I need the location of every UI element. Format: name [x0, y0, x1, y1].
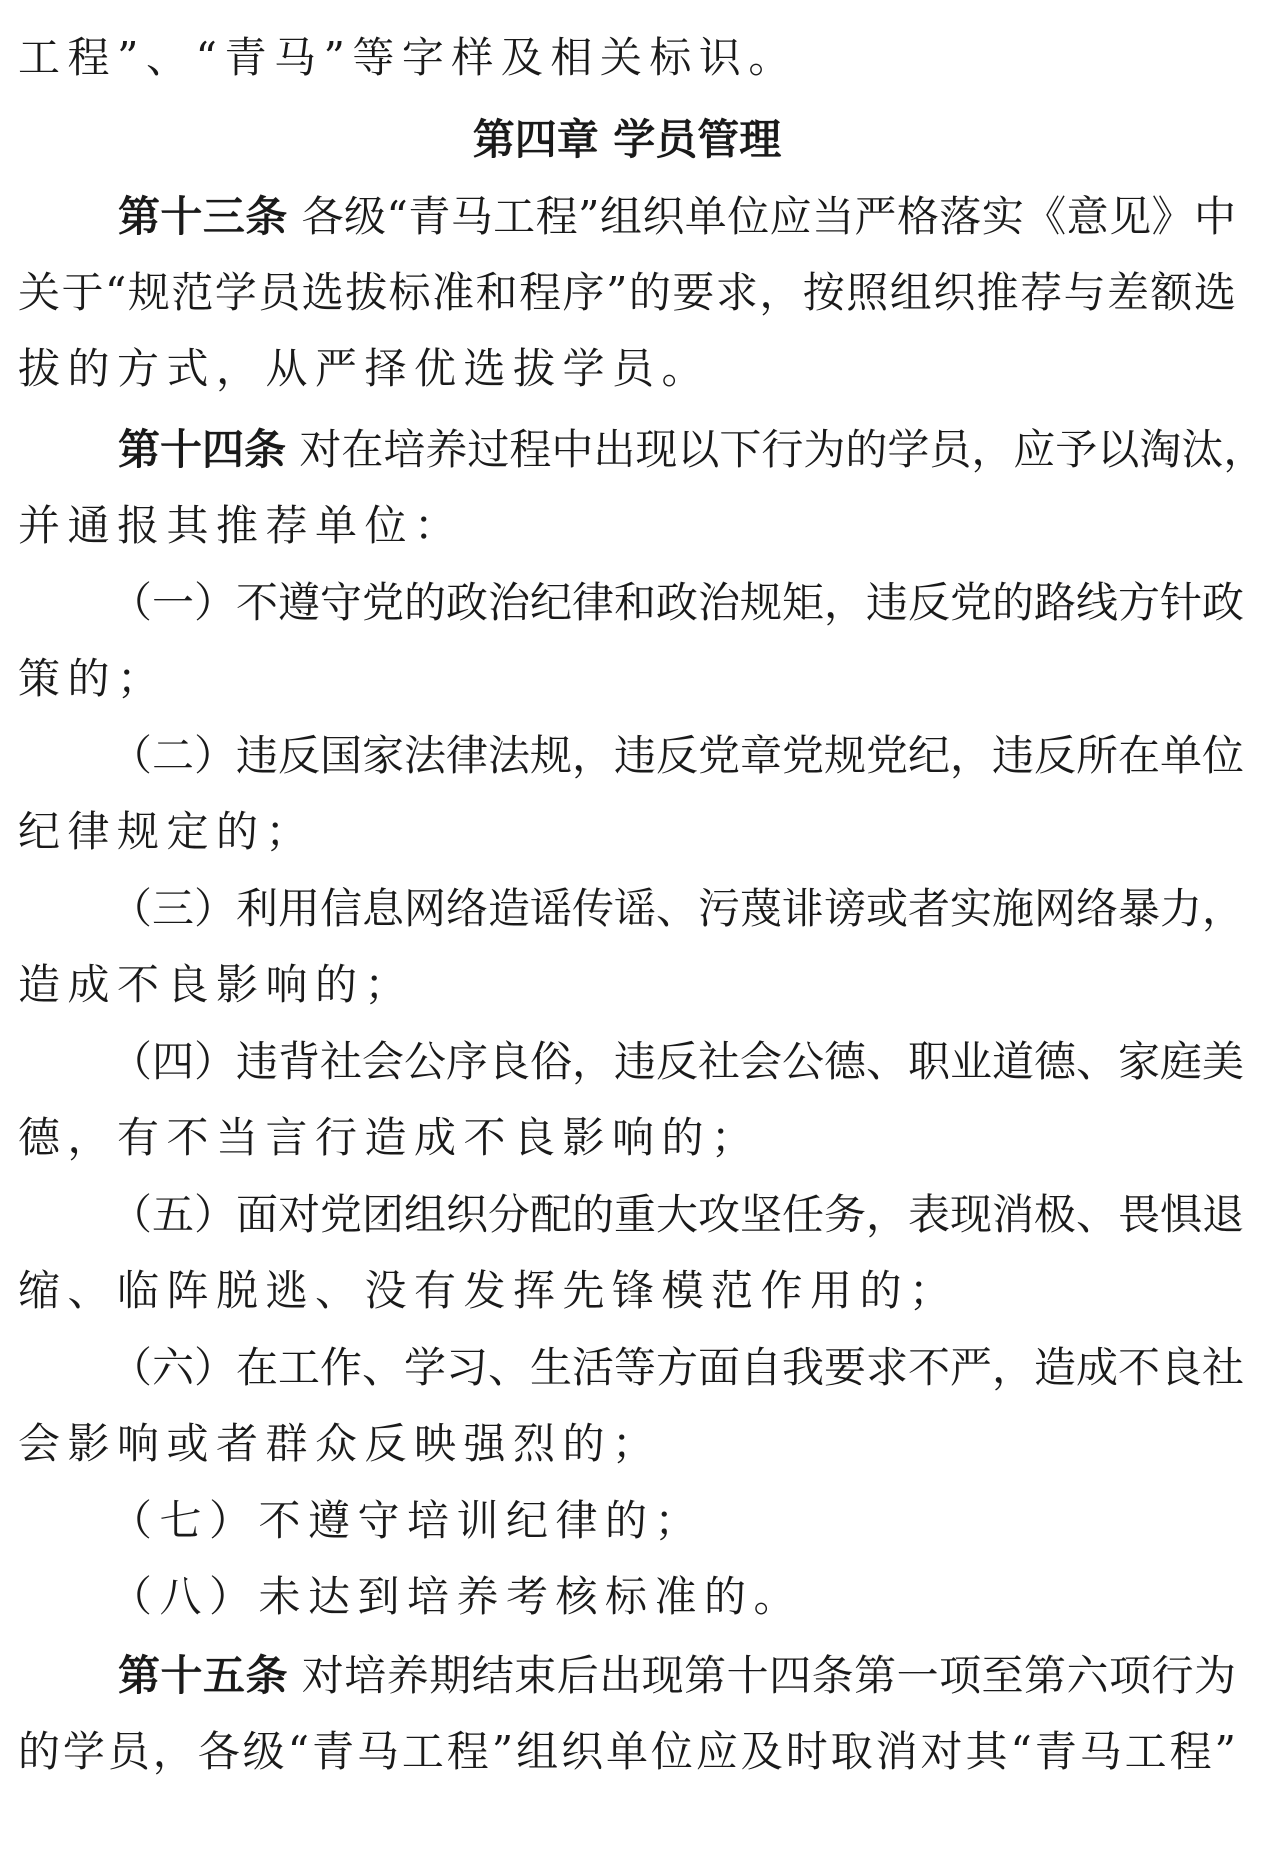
item-6-line-1: （六）在工作、学习、生活等方面自我要求不严，造成不良社 — [18, 1330, 1236, 1406]
item-7: （七）不遵守培训纪律的； — [18, 1483, 1236, 1559]
item-3-line-2: 造成不良影响的； — [18, 947, 1236, 1023]
item-5-line-2: 缩、临阵脱逃、没有发挥先锋模范作用的； — [18, 1253, 1236, 1329]
chapter-heading: 第四章 学员管理 — [18, 102, 1236, 178]
item-3-line-1: （三）利用信息网络造谣传谣、污蔑诽谤或者实施网络暴力， — [18, 871, 1236, 947]
article-15-text: 对培养期结束后出现第十四条第一项至第六项行为 — [288, 1651, 1236, 1700]
article-14-text: 对在培养过程中出现以下行为的学员，应予以淘汰， — [286, 425, 1265, 474]
paragraph-continuation: 工程”、“青马”等字样及相关标识。 — [18, 20, 1236, 96]
article-13-label: 第十三条 — [118, 192, 288, 241]
item-1-line-2: 策的； — [18, 641, 1236, 717]
article-14-line-2: 并通报其推荐单位： — [18, 488, 1236, 564]
article-15-line-1: 第十五条 对培养期结束后出现第十四条第一项至第六项行为 — [18, 1638, 1236, 1714]
item-2-line-1: （二）违反国家法律法规，违反党章党规党纪，违反所在单位 — [18, 718, 1236, 794]
item-5-line-1: （五）面对党团组织分配的重大攻坚任务，表现消极、畏惧退 — [18, 1177, 1236, 1253]
article-15-line-2: 的学员，各级“青马工程”组织单位应及时取消对其“青马工程” — [18, 1714, 1236, 1790]
article-13-text: 各级“青马工程”组织单位应当严格落实《意见》中 — [288, 192, 1236, 241]
item-1-line-1: （一）不遵守党的政治纪律和政治规矩，违反党的路线方针政 — [18, 565, 1236, 641]
item-8: （八）未达到培养考核标准的。 — [18, 1559, 1236, 1635]
article-14-line-1: 第十四条 对在培养过程中出现以下行为的学员，应予以淘汰， — [18, 412, 1236, 488]
article-13-line-3: 拔的方式，从严择优选拔学员。 — [18, 331, 1236, 407]
article-15-label: 第十五条 — [118, 1651, 288, 1700]
article-13-line-2: 关于“规范学员选拔标准和程序”的要求，按照组织推荐与差额选 — [18, 255, 1236, 331]
item-4-line-1: （四）违背社会公序良俗，违反社会公德、职业道德、家庭美 — [18, 1024, 1236, 1100]
item-6-line-2: 会影响或者群众反映强烈的； — [18, 1406, 1236, 1482]
article-13-line-1: 第十三条 各级“青马工程”组织单位应当严格落实《意见》中 — [18, 179, 1236, 255]
item-2-line-2: 纪律规定的； — [18, 794, 1236, 870]
item-4-line-2: 德，有不当言行造成不良影响的； — [18, 1100, 1236, 1176]
article-14-label: 第十四条 — [118, 425, 286, 474]
